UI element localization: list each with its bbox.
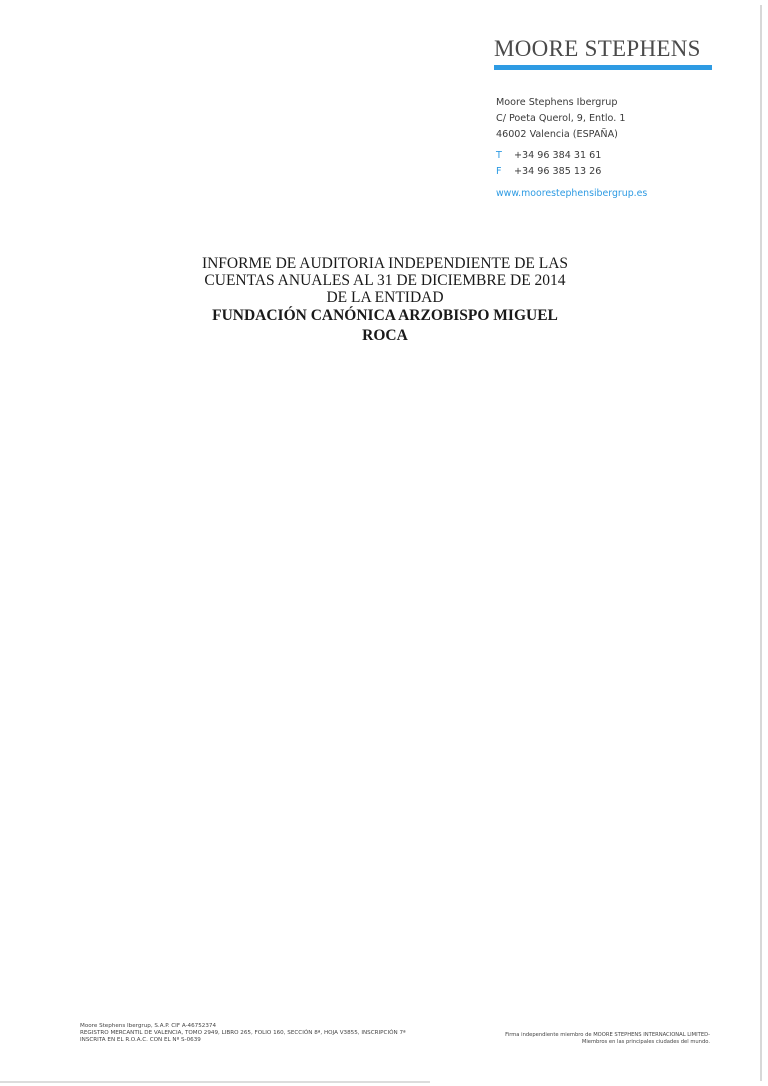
phone-number: +34 96 384 31 61 bbox=[514, 150, 601, 161]
title-line: INFORME DE AUDITORIA INDEPENDIENTE DE LA… bbox=[190, 255, 580, 272]
phone-row: T+34 96 384 31 61 bbox=[496, 148, 601, 164]
footer-line: Moore Stephens Ibergrup, S.A.P. CIF A-46… bbox=[80, 1023, 406, 1030]
fax-label: F bbox=[496, 164, 514, 180]
scan-edge-bottom bbox=[0, 1081, 430, 1083]
logo-text: MOORE STEPHENS bbox=[494, 36, 712, 62]
fax-number: +34 96 385 13 26 bbox=[514, 166, 601, 177]
footer-line: Firma independiente miembro de MOORE STE… bbox=[492, 1032, 710, 1039]
contact-info: T+34 96 384 31 61 F+34 96 385 13 26 bbox=[496, 148, 601, 180]
footer-line: INSCRITA EN EL R.O.A.C. CON EL Nº S-0639 bbox=[80, 1037, 406, 1044]
address-line: Moore Stephens Ibergrup bbox=[496, 95, 625, 111]
phone-label: T bbox=[496, 148, 514, 164]
title-line: DE LA ENTIDAD bbox=[190, 289, 580, 306]
logo-underline-bar bbox=[494, 65, 712, 70]
website-link[interactable]: www.moorestephensibergrup.es bbox=[496, 188, 647, 199]
address-line: C/ Poeta Querol, 9, Entlo. 1 bbox=[496, 111, 625, 127]
document-page: MOORE STEPHENS Moore Stephens Ibergrup C… bbox=[0, 0, 768, 1086]
fax-row: F+34 96 385 13 26 bbox=[496, 164, 601, 180]
footer-line: Miembros en las principales ciudades del… bbox=[492, 1039, 710, 1046]
company-logo: MOORE STEPHENS bbox=[494, 36, 712, 70]
address-line: 46002 Valencia (ESPAÑA) bbox=[496, 127, 625, 143]
footer-registration: Moore Stephens Ibergrup, S.A.P. CIF A-46… bbox=[80, 1023, 406, 1044]
company-address: Moore Stephens Ibergrup C/ Poeta Querol,… bbox=[496, 95, 625, 143]
entity-name: FUNDACIÓN CANÓNICA ARZOBISPO MIGUEL ROCA bbox=[190, 306, 580, 346]
scan-edge-right bbox=[760, 5, 762, 1081]
footer-membership: Firma independiente miembro de MOORE STE… bbox=[492, 1032, 710, 1046]
footer-line: REGISTRO MERCANTIL DE VALENCIA, TOMO 294… bbox=[80, 1030, 406, 1037]
report-title: INFORME DE AUDITORIA INDEPENDIENTE DE LA… bbox=[190, 255, 580, 346]
title-line: CUENTAS ANUALES AL 31 DE DICIEMBRE DE 20… bbox=[190, 272, 580, 289]
